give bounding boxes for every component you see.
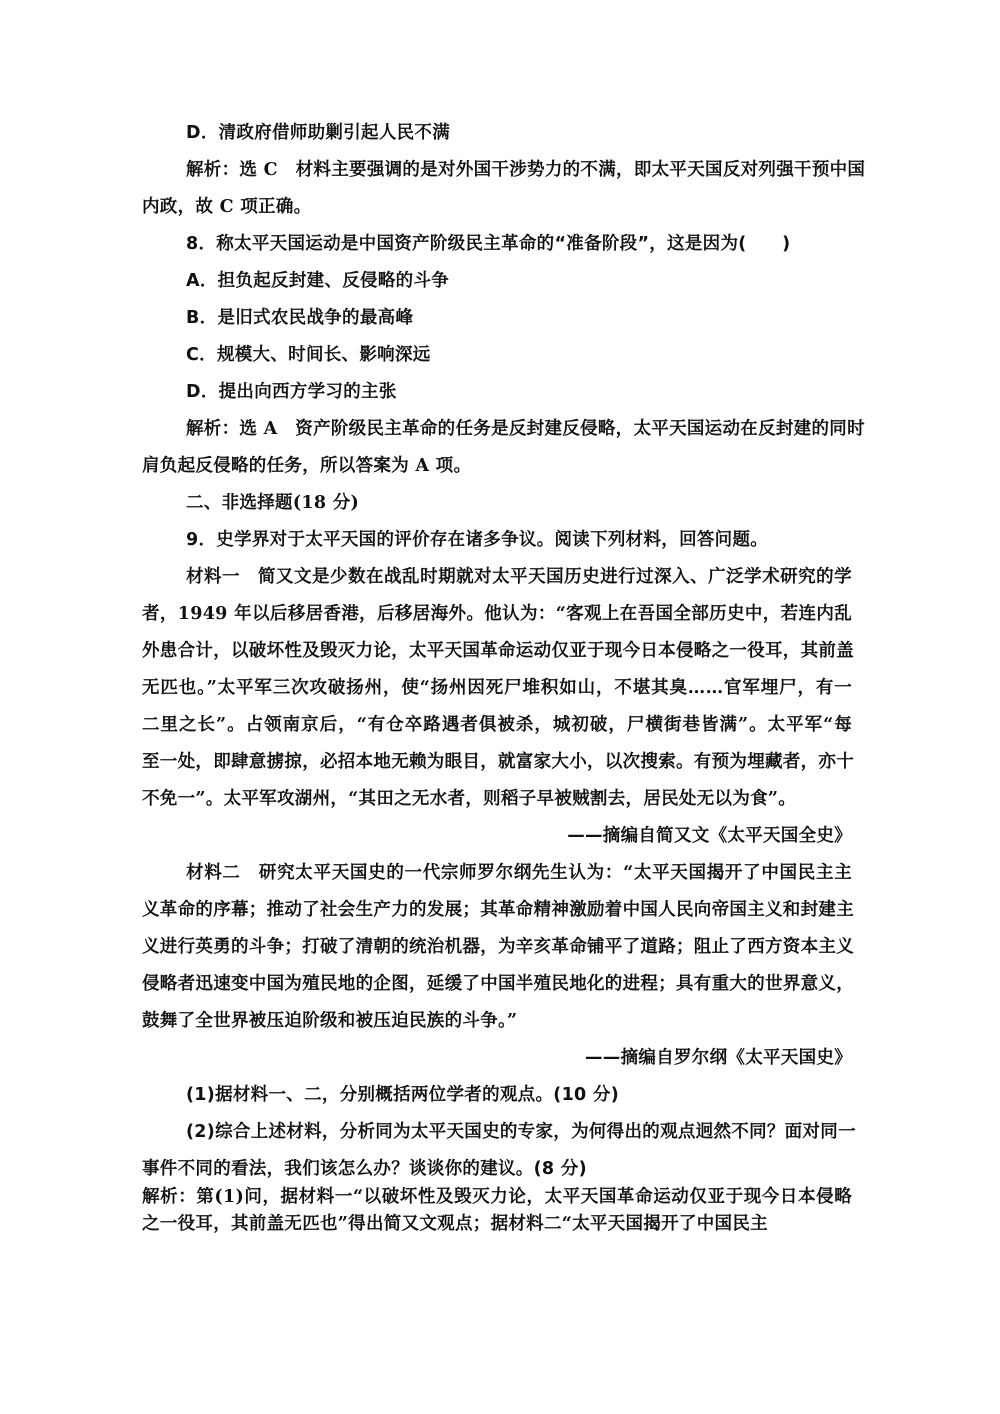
material1-line-6: 至一处，即肆意掳掠，必招本地无赖为眼目，就富家大小，以次搜索。有预为埋藏者，亦十: [142, 750, 852, 774]
q8-analysis-line-1: 解析：选 A 资产阶级民主革命的任务是反封建反侵略，太平天国运动在反封建的同时: [186, 417, 852, 441]
material1-line-5: 二里之长”。占领南京后，“有仓卒路遇者俱被杀，城初破，尸横街巷皆满”。太平军“每: [142, 713, 852, 737]
q8-option-c: C．规模大、时间长、影响深远: [186, 343, 852, 367]
material1-line-7: 不免一”。太平军攻湖州，“其田之无水者，则稻子早被贼割去，居民处无以为食”。: [142, 787, 852, 811]
q8-stem: 8．称太平天国运动是中国资产阶级民主革命的“准备阶段”，这是因为( ): [186, 232, 852, 256]
section-score: (18 分): [293, 493, 359, 513]
q7-analysis-text: 选 C 材料主要强调的是对外国干涉势力的不满，即太平天国反对列强干预中国: [239, 160, 865, 180]
material2-line-1: 材料二 研究太平天国史的一代宗师罗尔纲先生认为：“太平天国揭开了中国民主主: [186, 861, 852, 885]
q8-option-a: A．担负起反封建、反侵略的斗争: [186, 269, 852, 293]
q9-sub-question-2-line-2: 事件不同的看法，我们该怎么办？谈谈你的建议。(8 分): [142, 1157, 852, 1181]
q7-option-d: D．清政府借师助剿引起人民不满: [186, 121, 852, 145]
material2-source: ——摘编自罗尔纲《太平天国史》: [142, 1046, 852, 1070]
analysis-label: 解析：: [142, 1187, 196, 1207]
material1-label: 材料一: [186, 567, 240, 587]
q7-analysis-line-1: 解析：选 C 材料主要强调的是对外国干涉势力的不满，即太平天国反对列强干预中国: [186, 158, 852, 182]
q8-analysis-text: 选 A 资产阶级民主革命的任务是反封建反侵略，太平天国运动在反封建的同时: [239, 419, 864, 439]
q8-option-d: D．提出向西方学习的主张: [186, 380, 852, 404]
analysis-label: 解析：: [186, 419, 239, 439]
material1-line-4: 无匹也。”太平军三次攻破扬州，使“扬州因死尸堆积如山，不堪其臭……官军埋尸，有一: [142, 676, 852, 700]
q8-option-b: B．是旧式农民战争的最高峰: [186, 306, 852, 330]
material1-line-3: 外患合计，以破坏性及毁灭力论，太平天国革命运动仅亚于现今日本侵略之一役耳，其前盖: [142, 639, 852, 663]
material2-line-4: 侵略者迅速变中国为殖民地的企图，延缓了中国半殖民地化的进程；具有重大的世界意义，: [142, 972, 852, 996]
q9-sub-question-2-line-1: (2)综合上述材料，分析同为太平天国史的专家，为何得出的观点迥然不同？面对同一: [186, 1120, 852, 1144]
material2-label: 材料二: [186, 863, 241, 883]
material1-text: 简又文是少数在战乱时期就对太平天国历史进行过深入、广泛学术研究的学: [240, 567, 852, 587]
q7-analysis-line-2: 内政，故 C 项正确。: [142, 195, 852, 219]
material1-source: ——摘编自简又文《太平天国全史》: [142, 824, 852, 848]
material2-text: 研究太平天国史的一代宗师罗尔纲先生认为：“太平天国揭开了中国民主主: [241, 863, 852, 883]
q9-analysis-line-1: 解析：第(1)问，据材料一“以破坏性及毁灭力论，太平天国革命运动仅亚于现今日本侵…: [142, 1185, 852, 1209]
material2-line-2: 义革命的序幕；推动了社会生产力的发展；其革命精神激励着中国人民向帝国主义和封建主: [142, 898, 852, 922]
section-heading-text: 二、非选择题: [186, 493, 293, 513]
document-page: D．清政府借师助剿引起人民不满 解析：选 C 材料主要强调的是对外国干涉势力的不…: [0, 0, 1000, 1414]
material1-line-1: 材料一 简又文是少数在战乱时期就对太平天国历史进行过深入、广泛学术研究的学: [186, 565, 852, 589]
q9-analysis-text: 第(1)问，据材料一“以破坏性及毁灭力论，太平天国革命运动仅亚于现今日本侵略: [196, 1187, 852, 1207]
material1-line-2: 者，1949 年以后移居香港，后移居海外。他认为：“客观上在吾国全部历史中，若连…: [142, 602, 852, 626]
material2-line-3: 义进行英勇的斗争；打破了清朝的统治机器，为辛亥革命铺平了道路；阻止了西方资本主义: [142, 935, 852, 959]
q9-stem: 9．史学界对于太平天国的评价存在诸多争议。阅读下列材料，回答问题。: [186, 528, 852, 552]
section-heading: 二、非选择题(18 分): [186, 491, 852, 515]
analysis-label: 解析：: [186, 160, 239, 180]
q8-analysis-line-2: 肩负起反侵略的任务，所以答案为 A 项。: [142, 454, 852, 478]
q9-analysis-line-2: 之一役耳，其前盖无匹也”得出简又文观点；据材料二“太平天国揭开了中国民主: [142, 1212, 852, 1236]
material2-line-5: 鼓舞了全世界被压迫阶级和被压迫民族的斗争。”: [142, 1009, 852, 1033]
q9-sub-question-1: (1)据材料一、二，分别概括两位学者的观点。(10 分): [186, 1083, 852, 1107]
